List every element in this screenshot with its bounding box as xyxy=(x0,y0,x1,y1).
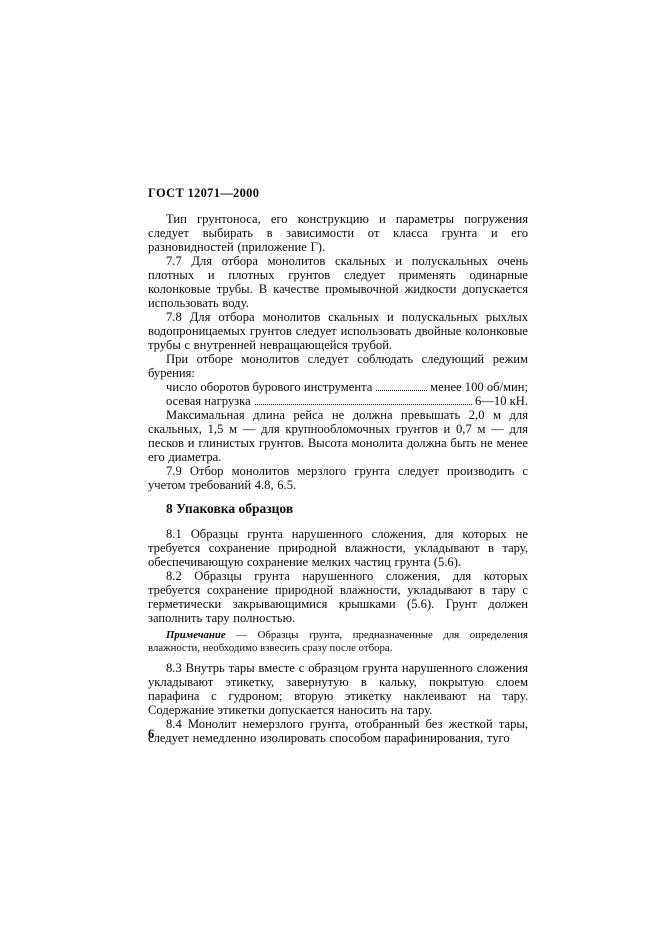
regime-item-label: осевая нагрузка xyxy=(166,394,251,408)
dotted-leader xyxy=(376,390,427,391)
page-number: 6 xyxy=(148,727,154,742)
paragraph-8-3: 8.3 Внутрь тары вместе с образцом грунта… xyxy=(148,661,528,717)
paragraph-7-8: 7.8 Для отбора монолитов скальных и полу… xyxy=(148,310,528,352)
paragraph-7-7: 7.7 Для отбора монолитов скальных и полу… xyxy=(148,254,528,310)
paragraph-7-9: 7.9 Отбор монолитов мерзлого грунта след… xyxy=(148,464,528,492)
note-paragraph: Примечание — Образцы грунта, предназначе… xyxy=(148,629,528,655)
note-label: Примечание xyxy=(166,629,226,641)
regime-item-axial-load: осевая нагрузка 6—10 кН. xyxy=(148,394,528,408)
paragraph-8-2: 8.2 Образцы грунта нарушенного сложения,… xyxy=(148,569,528,625)
running-header: ГОСТ 12071—2000 xyxy=(148,186,528,200)
paragraph-intro: Тип грунтоноса, его конструкцию и параме… xyxy=(148,212,528,254)
dotted-leader xyxy=(255,404,472,405)
section-heading-8: 8 Упаковка образцов xyxy=(148,501,528,516)
regime-item-value: 6—10 кН. xyxy=(475,394,528,408)
regime-item-value: менее 100 об/мин; xyxy=(430,380,528,394)
paragraph-8-4: 8.4 Монолит немерзлого грунта, отобранны… xyxy=(148,717,528,745)
regime-item-rotation: число оборотов бурового инструмента мене… xyxy=(148,380,528,394)
document-page: ГОСТ 12071—2000 Тип грунтоноса, его конс… xyxy=(0,0,661,935)
regime-item-label: число оборотов бурового инструмента xyxy=(166,380,372,394)
paragraph-regime-intro: При отборе монолитов следует соблюдать с… xyxy=(148,352,528,380)
paragraph-max-length: Максимальная длина рейса не должна превы… xyxy=(148,408,528,464)
text-column: ГОСТ 12071—2000 Тип грунтоноса, его конс… xyxy=(148,186,528,745)
paragraph-8-1: 8.1 Образцы грунта нарушенного сложения,… xyxy=(148,527,528,569)
